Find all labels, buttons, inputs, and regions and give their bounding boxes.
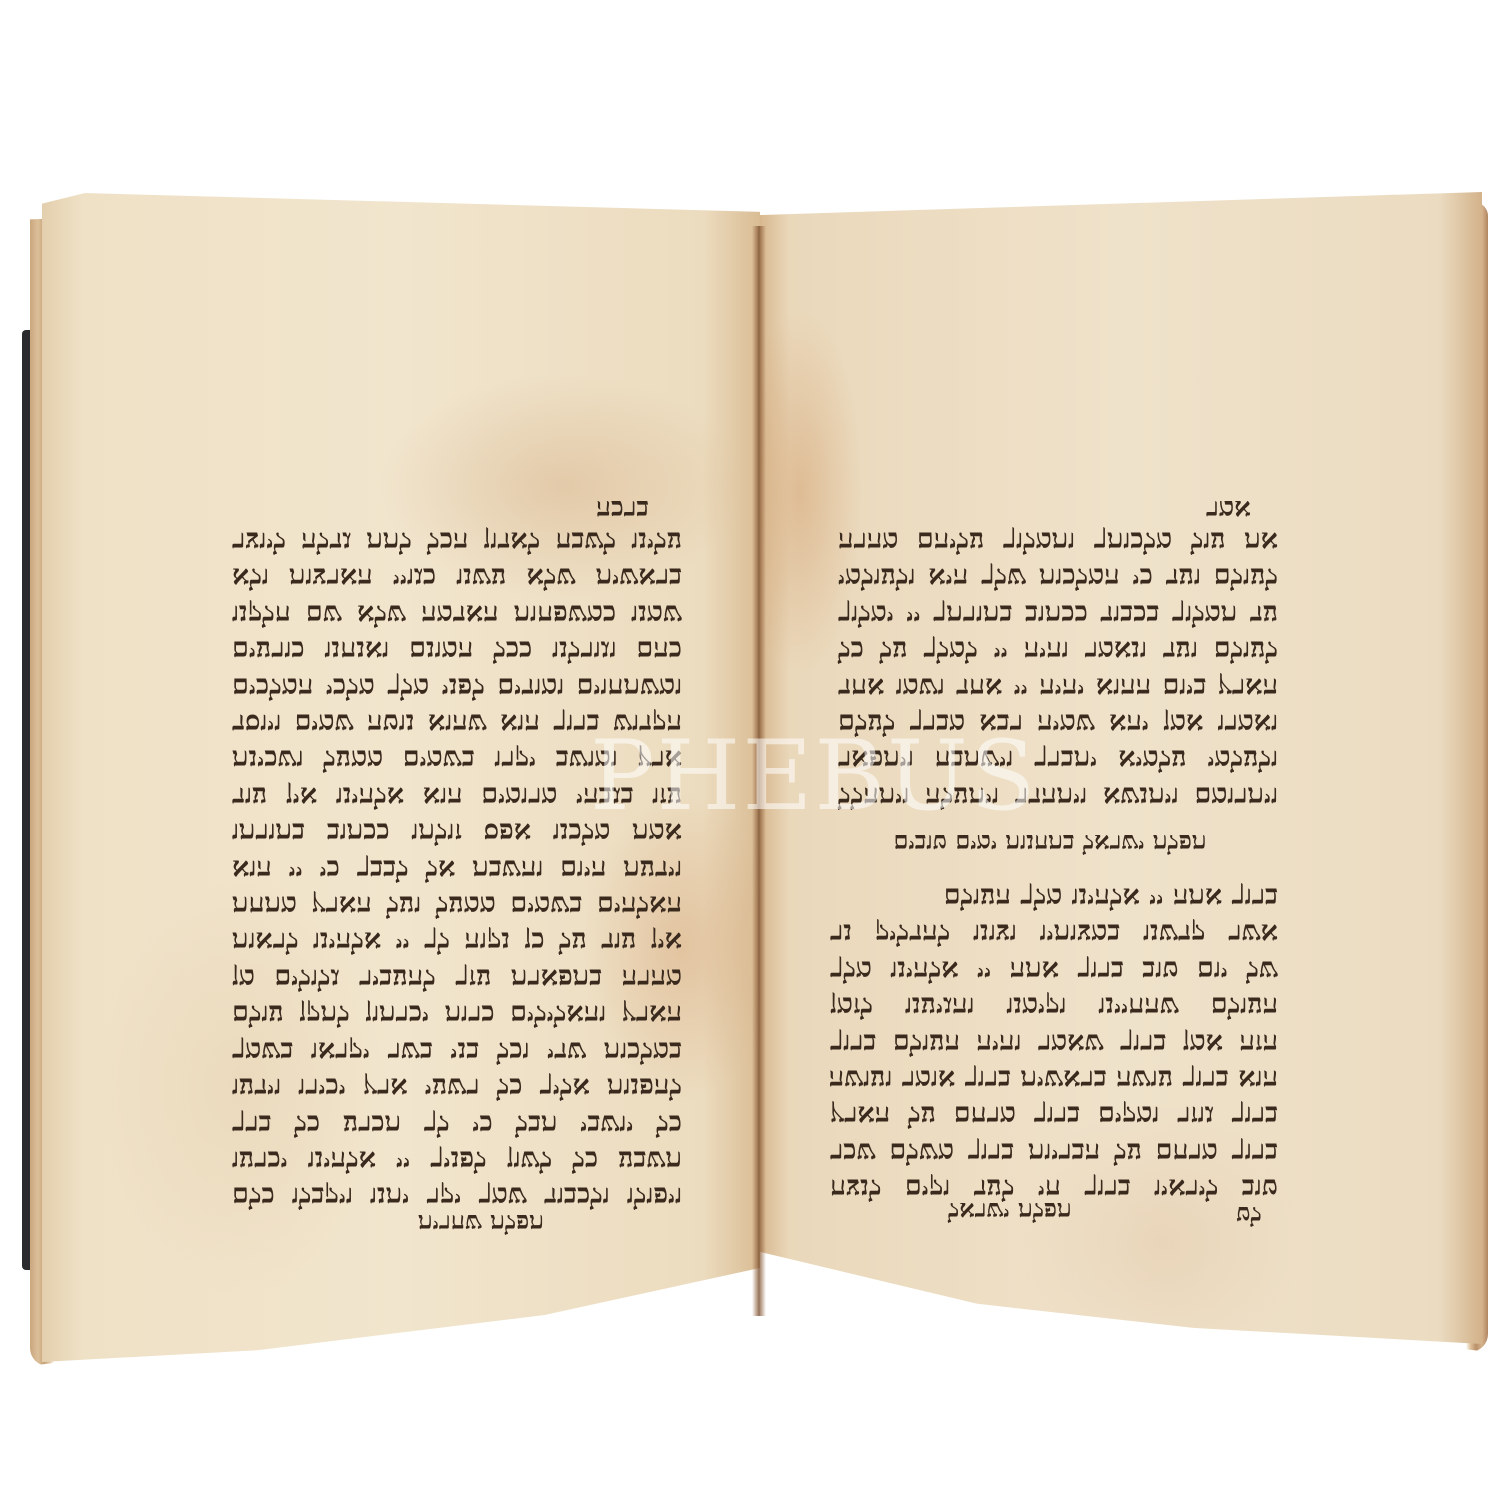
text-line: להפנות אליך כל רשעי ארץ יכירו וידעו: [232, 1068, 682, 1104]
right-footer: תפלת ישראל: [948, 1196, 1072, 1226]
text-line: ברוך אתה יי אלהינו מלך העולם: [830, 878, 1278, 914]
text-line: אין עוד על כן נקוה לך יי אלהינו לראות: [232, 922, 682, 958]
text-line: ומשתחוים ומודים לפני מלך מלכי המלכים: [232, 668, 682, 704]
text-line: כל יושבי תבל כי לך תכרע כל ברך: [232, 1105, 682, 1141]
right-section-heading: תפלת ישראל בתחנות ימים טובים: [880, 828, 1220, 858]
text-line: הארץ ביום ההוא יהיה יי אחד ושמו אחד: [838, 668, 1278, 704]
right-running-head: אמר: [1206, 494, 1251, 524]
text-line: לעולם ועד כי המלכות שלך היא ולעולמי: [838, 558, 1278, 594]
text-line: שמנו כמשפחות האדמה שלא שם חלקנו: [232, 595, 682, 631]
text-line: הוא ברוך עושה בראשית ברוך אומר ועושה: [830, 1060, 1278, 1096]
left-footer: תפלת שחרית: [418, 1208, 544, 1238]
text-line: עלינו לשבח לאדון הכל לתת גדלה ליוצר: [232, 522, 682, 558]
left-running-head: ברכה: [596, 494, 649, 524]
text-line: כהם וגורלנו ככל המונם ואנחנו כורעים: [232, 631, 682, 667]
page-number: לט: [1236, 1200, 1262, 1230]
text-line: מהרה בתפארת עזך להעביר גלולים מן: [232, 959, 682, 995]
text-line: את עול מלכותך ותמלוך עליהם מהרה: [838, 522, 1278, 558]
text-line: תשבע כל לשון לפניך יי אלהינו יכרעו: [232, 1141, 682, 1177]
text-line: ברוך גוזר ומקים ברוך מרחם על הארץ: [830, 1096, 1278, 1132]
right-text-block-2: ברוך אתה יי אלהינו מלך העולם אשר קדשנו ב…: [830, 878, 1278, 1206]
text-line: לעולם ועד ונאמר והיה יי למלך על כל: [838, 631, 1278, 667]
text-line: ברוך מרחם על הבריות ברוך משלם שכר: [830, 1133, 1278, 1169]
text-line: העולם שהחיינו וקימנו והגיענו לזמן: [830, 987, 1278, 1023]
text-line: וידעת היום והשבת אל לבבך כי יי הוא: [232, 850, 682, 886]
watermark: PHEBUS: [590, 720, 1038, 832]
left-text-block: עלינו לשבח לאדון הכל לתת גדלה ליוצר בראש…: [232, 522, 682, 1214]
text-line: במלכות שדי וכל בני בשר יקראו בשמך: [232, 1032, 682, 1068]
text-line: אשר קדשנו במצותיו וצונו להדליק נר: [830, 914, 1278, 950]
text-line: הזה אמן ברוך שאמר והיה העולם ברוך: [830, 1024, 1278, 1060]
text-line: הארץ והאלילים כרות יכרתון לתקן עולם: [232, 995, 682, 1031]
text-line: בראשית שלא עשנו כגויי הארצות ולא: [232, 558, 682, 594]
text-line: האלהים בשמים ממעל ועל הארץ מתחת: [232, 886, 682, 922]
text-line: עד תמלוך בכבוד ככתוב בתורתך יי ימלוך: [838, 595, 1278, 631]
book-photo: ברכה עלינו לשבח לאדון הכל לתת גדלה ליוצר…: [0, 0, 1500, 1500]
text-line: של יום טוב ברוך אתה יי אלהינו מלך: [830, 951, 1278, 987]
